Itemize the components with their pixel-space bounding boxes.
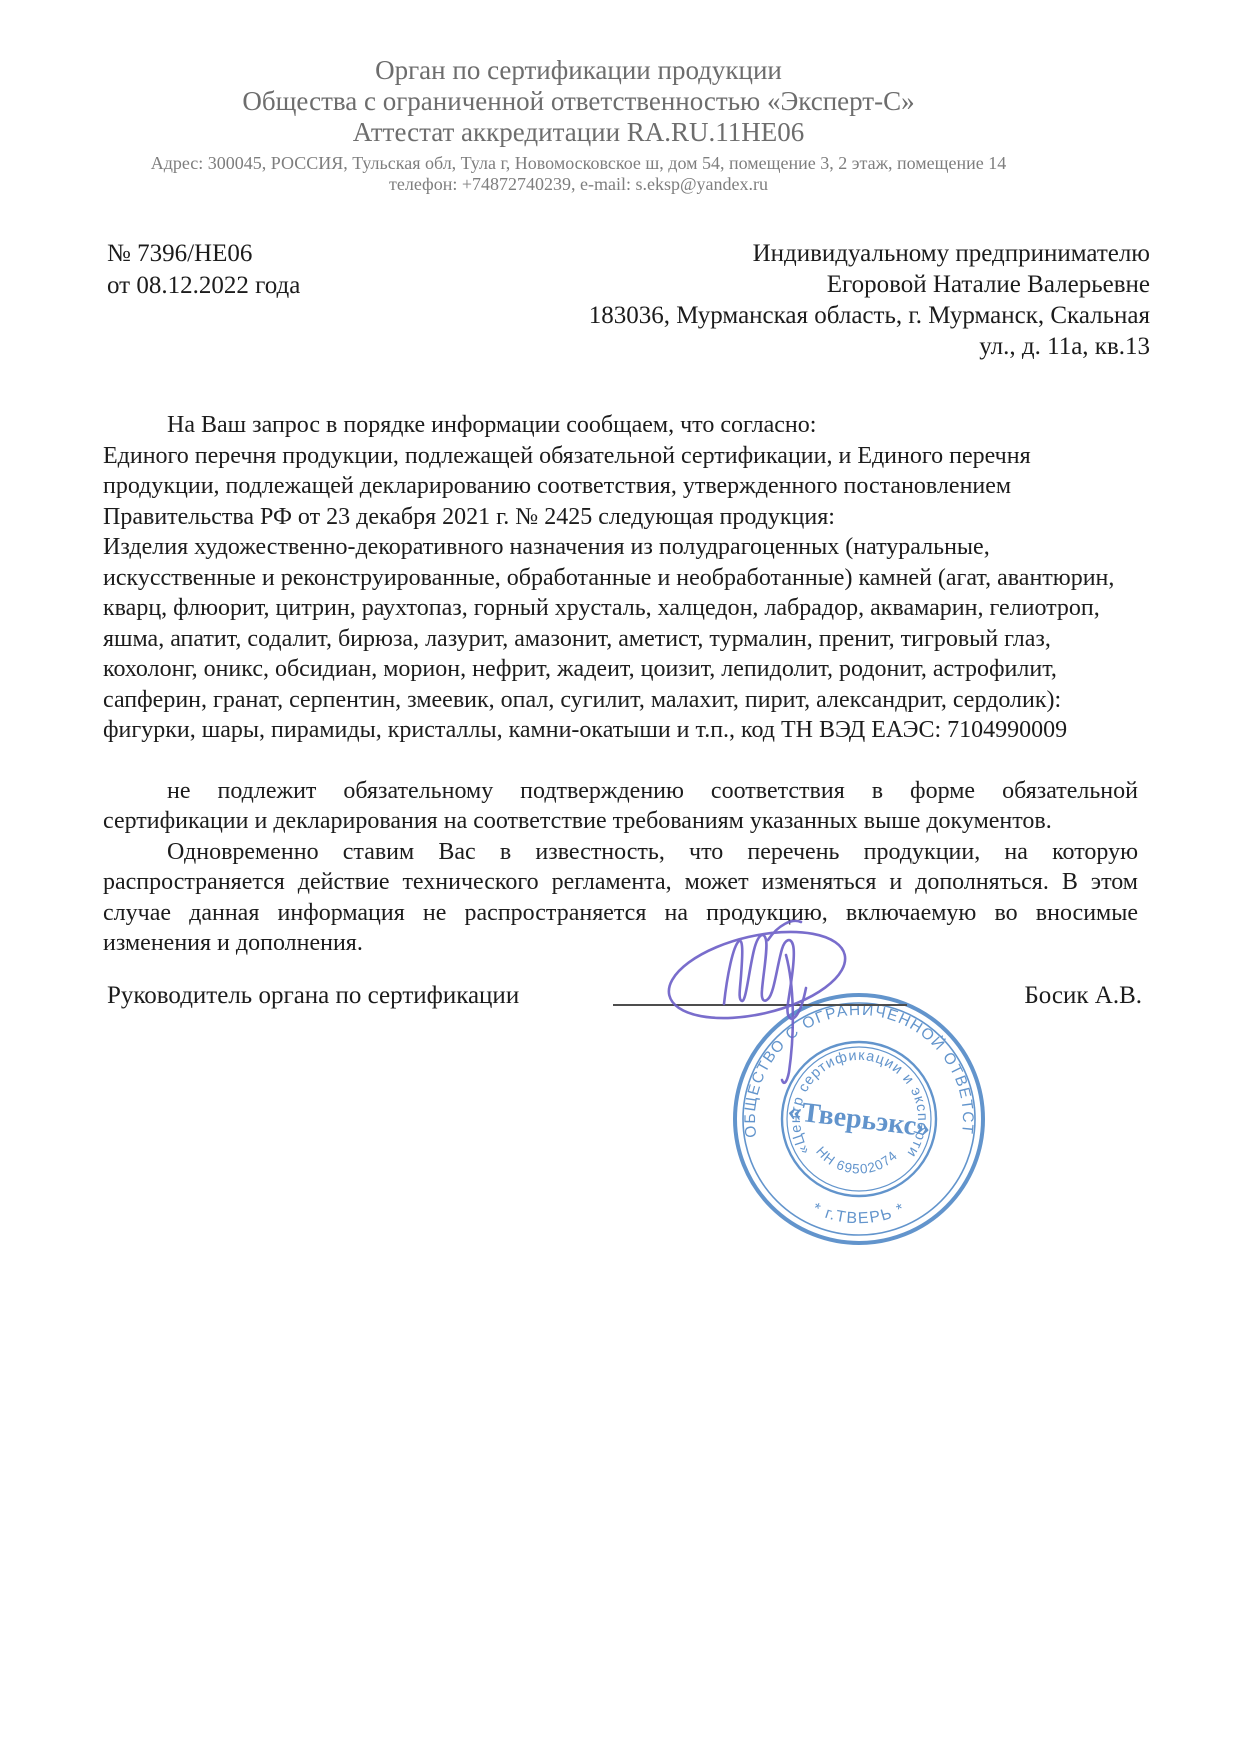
body-line: сертификации и декларирования на соответ… <box>103 806 1138 837</box>
body-line: Изделия художественно-декоративного назн… <box>103 532 1138 563</box>
body-line: Правительства РФ от 23 декабря 2021 г. №… <box>103 502 1138 533</box>
body-paragraph-1: На Ваш запрос в порядке информации сообщ… <box>103 410 1138 746</box>
body-line: не подлежит обязательному подтверждению … <box>103 776 1138 807</box>
handwritten-signature <box>600 840 900 1100</box>
signature-strokes <box>661 917 854 1083</box>
stamp-city-label: * г.ТВЕРЬ * <box>810 1200 908 1227</box>
body-line: яшма, апатит, содалит, бирюза, лазурит, … <box>103 624 1138 655</box>
body-line: кварц, флюорит, цитрин, раухтопаз, горны… <box>103 593 1138 624</box>
addressee-block: Индивидуальному предпринимателю Егоровой… <box>589 238 1150 362</box>
body-line: сапферин, гранат, серпентин, змеевик, оп… <box>103 685 1138 716</box>
body-line: кохолонг, оникс, обсидиан, морион, нефри… <box>103 654 1138 685</box>
addressee-address-2: ул., д. 11а, кв.13 <box>589 331 1150 362</box>
addressee-address-1: 183036, Мурманская область, г. Мурманск,… <box>589 300 1150 331</box>
letterhead-org-form: Общества с ограниченной ответственностью… <box>0 86 1157 117</box>
body-line: На Ваш запрос в порядке информации сообщ… <box>103 410 1138 441</box>
letterhead-contacts: телефон: +74872740239, e-mail: s.eksp@ya… <box>0 174 1157 195</box>
stamp-brand-name: «Тверьэкс» <box>786 1095 932 1143</box>
body-line: искусственные и реконструированные, обра… <box>103 563 1138 594</box>
letterhead-org-name: Орган по сертификации продукции <box>0 55 1157 86</box>
addressee-role: Индивидуальному предпринимателю <box>589 238 1150 269</box>
signer-position-title: Руководитель органа по сертификации <box>107 982 519 1010</box>
reference-block: № 7396/НЕ06 от 08.12.2022 года <box>107 238 300 362</box>
letter-page: Орган по сертификации продукции Общества… <box>0 0 1241 1754</box>
letterhead-address: Адрес: 300045, РОССИЯ, Тульская обл, Тул… <box>0 153 1157 174</box>
letterhead: Орган по сертификации продукции Общества… <box>0 0 1157 195</box>
body-line: фигурки, шары, пирамиды, кристаллы, камн… <box>103 715 1138 746</box>
body-line: продукции, подлежащей декларированию соо… <box>103 471 1138 502</box>
letterhead-accreditation: Аттестат аккредитации RA.RU.11НЕ06 <box>0 117 1157 148</box>
letter-date: от 08.12.2022 года <box>107 270 300 302</box>
letter-number: № 7396/НЕ06 <box>107 238 300 270</box>
addressee-name: Егоровой Наталие Валерьевне <box>589 269 1150 300</box>
body-line: Единого перечня продукции, подлежащей об… <box>103 441 1138 472</box>
reference-addressee-row: № 7396/НЕ06 от 08.12.2022 года Индивидуа… <box>0 238 1241 362</box>
